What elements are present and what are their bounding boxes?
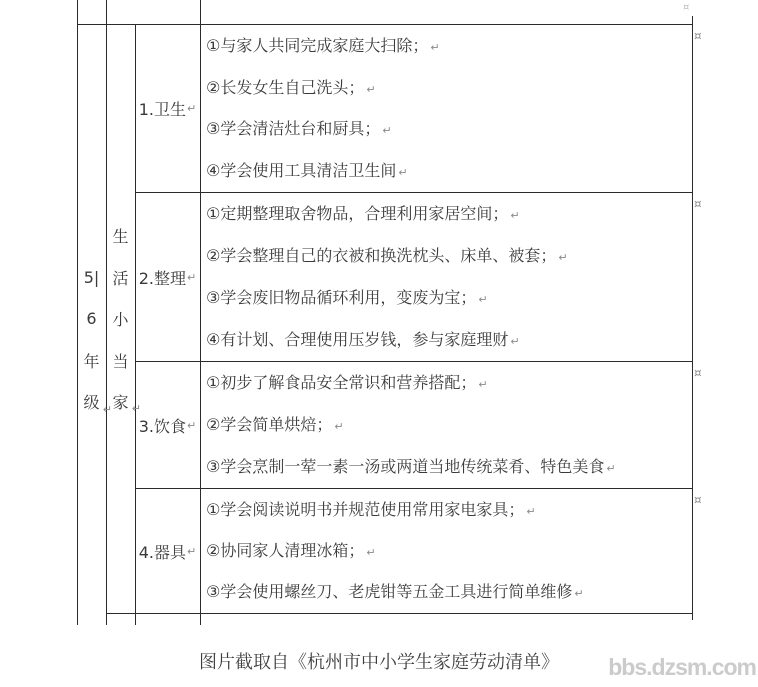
item-text: ③学会烹制一荤一素一汤或两道当地传统菜肴、特色美食↵: [201, 459, 691, 475]
grade-char: 年: [77, 340, 106, 382]
theme-char: 家 ↵: [106, 381, 135, 423]
grade-char: 级 ↵: [77, 381, 106, 423]
return-mark-icon: ↵: [187, 546, 196, 557]
return-mark-icon: ↵: [510, 209, 519, 222]
grade-column-cell: 5| 6 年 级 ↵: [77, 45, 106, 634]
item-text: ①定期整理取舍物品，合理利用家居空间；↵: [201, 206, 691, 222]
row-end-mark-icon: ¤: [694, 494, 702, 506]
item-text: ③学会清洁灶台和厨具；↵: [201, 121, 691, 137]
site-watermark: bbs.dzsm.com: [608, 654, 756, 681]
item-text: ③学会废旧物品循环利用，变废为宝；↵: [201, 290, 691, 306]
grade-char: 5|: [77, 257, 106, 299]
theme-char: 小: [106, 298, 135, 340]
return-mark-icon: ↵: [478, 378, 487, 391]
return-mark-icon: ↵: [187, 420, 196, 431]
row-end-mark-icon: ¤: [694, 198, 702, 210]
return-mark-icon: ↵: [366, 546, 375, 559]
table-border-bottom: [106, 613, 693, 614]
theme-char: 活: [106, 256, 135, 298]
return-mark-icon: ↵: [478, 293, 487, 306]
return-mark-icon: ↵: [606, 462, 615, 475]
item-text: ①与家人共同完成家庭大扫除；↵: [201, 38, 691, 54]
return-mark-icon: ↵: [366, 83, 375, 96]
theme-char: 生: [106, 215, 135, 257]
return-mark-icon: ↵: [187, 272, 196, 283]
table-border-right: [692, 16, 693, 620]
items-cell-tidying: ①定期整理取舍物品，合理利用家居空间；↵ ②学会整理自己的衣被和换洗枕头、床单、…: [201, 193, 691, 361]
return-mark-icon: ↵: [382, 124, 391, 137]
theme-char: 当: [106, 339, 135, 381]
return-mark-icon: ↵: [510, 335, 519, 348]
row-end-mark-icon: ¤: [694, 367, 702, 379]
item-text: ①初步了解食品安全常识和营养搭配；↵: [201, 375, 691, 391]
screenshot-root: 5| 6 年 级 ↵ 生 活 小 当 家 ↵ 1.卫生↵ 2.整理↵ 3.饮食↵…: [0, 0, 758, 687]
return-mark-icon: ↵: [398, 166, 407, 179]
return-mark-icon: ↵: [430, 41, 439, 54]
item-text: ①学会阅读说明书并规范使用常用家电家具；↵: [201, 502, 691, 518]
item-text: ④学会使用工具清洁卫生间↵: [201, 163, 691, 179]
return-mark-icon: ↵: [334, 420, 343, 433]
return-mark-icon: ↵: [526, 505, 535, 518]
category-label-diet: 3.饮食↵: [136, 362, 199, 488]
return-mark-icon: ↵: [558, 251, 567, 264]
category-label-hygiene: 1.卫生↵: [136, 25, 199, 192]
item-text: ④有计划、合理使用压岁钱，参与家庭理财↵: [201, 332, 691, 348]
category-label-tidying: 2.整理↵: [136, 193, 199, 361]
return-mark-icon: ↵: [574, 587, 583, 600]
theme-column-cell: 生 活 小 当 家 ↵: [106, 24, 135, 613]
grade-char: 6: [77, 298, 106, 340]
items-cell-tools: ①学会阅读说明书并规范使用常用家电家具；↵ ②协同家人清理冰箱；↵ ③学会使用螺…: [201, 489, 691, 613]
return-mark-icon: ↵: [187, 103, 196, 114]
items-cell-hygiene: ①与家人共同完成家庭大扫除；↵ ②长发女生自己洗头；↵ ③学会清洁灶台和厨具；↵…: [201, 25, 691, 192]
row-end-mark-icon: ¤: [683, 3, 689, 13]
item-text: ②学会简单烘焙；↵: [201, 417, 691, 433]
item-text: ②学会整理自己的衣被和换洗枕头、床单、被套；↵: [201, 248, 691, 264]
item-text: ③学会使用螺丝刀、老虎钳等五金工具进行简单维修↵: [201, 584, 691, 600]
row-end-mark-icon: ¤: [694, 30, 702, 42]
item-text: ②协同家人清理冰箱；↵: [201, 543, 691, 559]
category-label-tools: 4.器具↵: [136, 489, 199, 613]
item-text: ②长发女生自己洗头；↵: [201, 80, 691, 96]
items-cell-diet: ①初步了解食品安全常识和营养搭配；↵ ②学会简单烘焙；↵ ③学会烹制一荤一素一汤…: [201, 362, 691, 488]
